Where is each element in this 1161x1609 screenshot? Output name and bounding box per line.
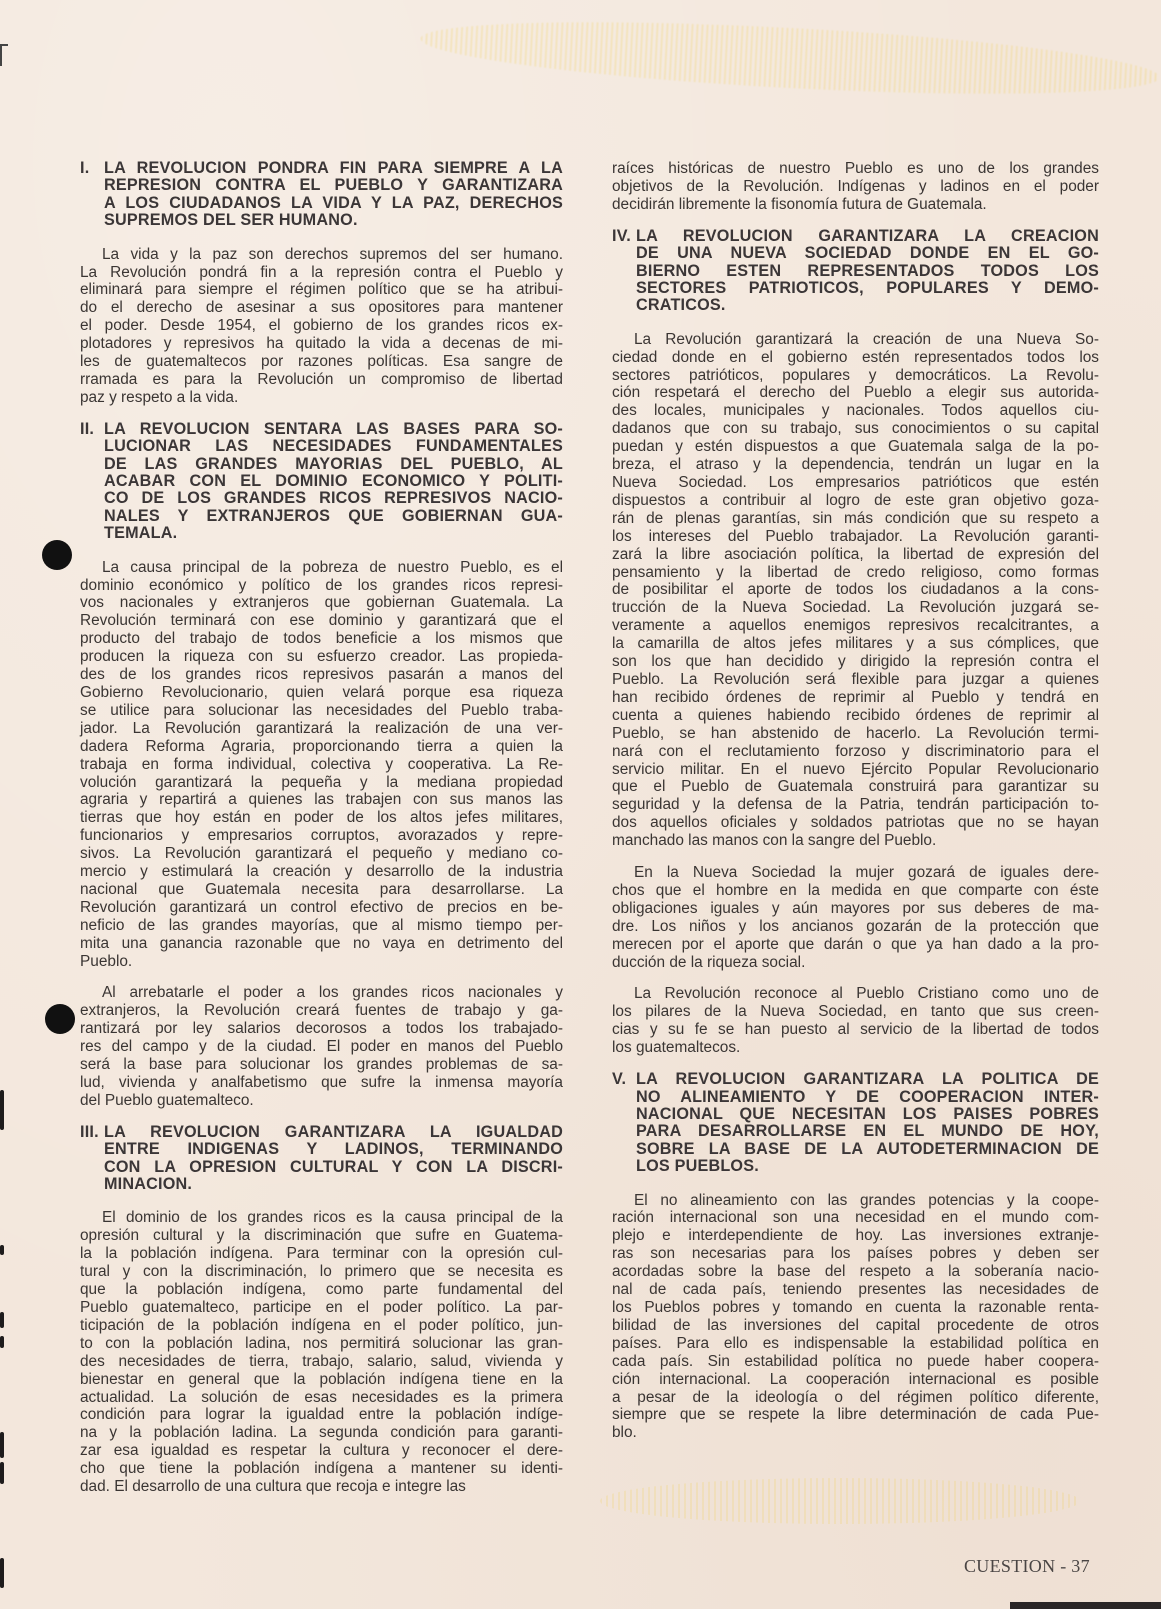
paragraph-line: siempre que se respete la libre determin…	[612, 1406, 1099, 1424]
paragraph-line: Pueblo guatemalteco, participe en el pod…	[80, 1299, 563, 1317]
paragraph-line: que el Pueblo de Guatemala construirá pa…	[612, 778, 1099, 796]
paragraph-line: dad. El desarrollo de una cultura que re…	[80, 1478, 563, 1496]
scan-edge-bar	[1010, 1602, 1161, 1609]
heading-line: NO ALINEAMIENTO Y DE COOPERACION INTER-	[636, 1089, 1099, 1106]
paragraph-line: dadera Reforma Agraria, proporcionando t…	[80, 738, 563, 756]
section-number: II.	[80, 421, 104, 543]
paragraph-line: paz y respeto a la vida.	[80, 389, 563, 407]
heading-line: CRATICOS.	[636, 297, 1099, 314]
body-paragraph: Al arrebatarle el poder a los grandes ri…	[80, 984, 563, 1109]
paragraph-line: veramente a aquellos enemigos represivos…	[612, 617, 1099, 635]
heading-line: REPRESION CONTRA EL PUEBLO Y GARANTIZARA	[104, 177, 563, 194]
paragraph-line: del Pueblo guatemalteco.	[80, 1092, 563, 1110]
punch-hole-lower	[45, 1004, 75, 1034]
paragraph-line: zará la libre asociación política, la li…	[612, 546, 1099, 564]
paragraph-line: dominio económico y político de los gran…	[80, 577, 563, 595]
paragraph-line: La causa principal de la pobreza de nues…	[80, 559, 563, 577]
heading-line: LA REVOLUCION PONDRA FIN PARA SIEMPRE A …	[104, 160, 563, 177]
section-number: III.	[80, 1124, 104, 1194]
paragraph-line: seguridad y la defensa de la Patria, ten…	[612, 796, 1099, 814]
body-paragraph: La Revolución garantizará la creación de…	[612, 331, 1099, 850]
section-heading-text: LA REVOLUCION GARANTIZARA LA IGUALDADENT…	[104, 1124, 563, 1194]
paragraph-line: condición para lograr la igualdad entre …	[80, 1406, 563, 1424]
paragraph-line: dadanos que con su trabajo, sus conocimi…	[612, 420, 1099, 438]
yellow-stain-top	[419, 9, 1161, 108]
body-paragraph: El no alineamiento con las grandes poten…	[612, 1192, 1099, 1443]
heading-line: SECTORES PATRIOTICOS, POPULARES Y DEMO-	[636, 280, 1099, 297]
paragraph-line: los pilares de la Nueva Sociedad, en tan…	[612, 1003, 1099, 1021]
heading-line: NALES Y EXTRANJEROS QUE GOBIERNAN GUA-	[104, 508, 563, 525]
paragraph-line: rramada es para la Revolución un comprom…	[80, 371, 563, 389]
paragraph-line: funcionarios y empresarios corruptos, av…	[80, 827, 563, 845]
paragraph-line: des de los grandes ricos represivos pasa…	[80, 666, 563, 684]
paragraph-line: que la población indígena, como parte fu…	[80, 1281, 563, 1299]
heading-line: BIERNO ESTEN REPRESENTADOS TODOS LOS	[636, 263, 1099, 280]
paragraph-line: los guatemaltecos.	[612, 1039, 1099, 1057]
paragraph-line: son los que han decidido y dirigido la r…	[612, 653, 1099, 671]
heading-line: LUCIONAR LAS NECESIDADES FUNDAMENTALES	[104, 438, 563, 455]
binding-edge-mark	[0, 1245, 4, 1255]
section-number: I.	[80, 160, 104, 230]
paragraph-line: Revolución terminará con ese dominio y g…	[80, 612, 563, 630]
paragraph-line: merecen por el aporte que darán o que ya…	[612, 936, 1099, 954]
paragraph-line: dispuestos a contribuir al logro de este…	[612, 492, 1099, 510]
paragraph-line: pensamiento y la libertad de credo relig…	[612, 564, 1099, 582]
binding-edge-mark	[0, 1462, 4, 1484]
paragraph-line: los Pueblos pobres y tomando en cuenta l…	[612, 1299, 1099, 1317]
paragraph-line: de posibilitar el aporte de todos los ci…	[612, 581, 1099, 599]
paragraph-line: volución garantizará la pequeña y la med…	[80, 774, 563, 792]
section-heading: V.LA REVOLUCION GARANTIZARA LA POLITICA …	[612, 1071, 1099, 1175]
paragraph-line: países. Para ello es indispensable la es…	[612, 1335, 1099, 1353]
heading-line: LA REVOLUCION GARANTIZARA LA IGUALDAD	[104, 1124, 563, 1141]
paragraph-line: des locales, municipales y nacionales. T…	[612, 402, 1099, 420]
heading-line: LA REVOLUCION SENTARA LAS BASES PARA SO-	[104, 421, 563, 438]
paragraph-line: bilidad de las inversiones del capital p…	[612, 1317, 1099, 1335]
paragraph-line: ras son necesarias para los países pobre…	[612, 1245, 1099, 1263]
heading-line: ENTRE INDIGENAS Y LADINOS, TERMINANDO	[104, 1141, 563, 1158]
paragraph-line: blo.	[612, 1424, 1099, 1442]
paragraph-line: Pueblo, se han abstenido de hacerlo. La …	[612, 725, 1099, 743]
section-heading: III.LA REVOLUCION GARANTIZARA LA IGUALDA…	[80, 1124, 563, 1194]
paragraph-line: bienestar en general que la población in…	[80, 1371, 563, 1389]
paragraph-line: to con la población ladina, nos permitir…	[80, 1335, 563, 1353]
paragraph-line: cias y su fe se han puesto al servicio d…	[612, 1021, 1099, 1039]
paragraph-line: do el derecho de asesinar a sus opositor…	[80, 299, 563, 317]
heading-line: DE LAS GRANDES MAYORIAS DEL PUEBLO, AL	[104, 456, 563, 473]
paragraph-line: producto del trabajo de todos beneficie …	[80, 630, 563, 648]
paragraph-line: se utilice para solucionar las necesidad…	[80, 702, 563, 720]
punch-hole-upper	[42, 540, 72, 570]
heading-line: A LOS CIUDADANOS LA VIDA Y LA PAZ, DEREC…	[104, 195, 563, 212]
paragraph-line: ducción de la riqueza social.	[612, 954, 1099, 972]
heading-line: SOBRE LA BASE DE LA AUTODETERMINACION DE	[636, 1141, 1099, 1158]
section-heading: II.LA REVOLUCION SENTARA LAS BASES PARA …	[80, 421, 563, 543]
paragraph-line: cada país. Sin estabilidad política no p…	[612, 1353, 1099, 1371]
paragraph-line: El dominio de los grandes ricos es la ca…	[80, 1209, 563, 1227]
paragraph-line: nará con el reclutamiento forzoso y disc…	[612, 743, 1099, 761]
section-heading-text: LA REVOLUCION SENTARA LAS BASES PARA SO-…	[104, 421, 563, 543]
paragraph-line: la la población indígena. Para terminar …	[80, 1245, 563, 1263]
paragraph-line: eliminará para siempre el régimen políti…	[80, 281, 563, 299]
heading-line: NACIONAL QUE NECESITAN LOS PAISES POBRES	[636, 1106, 1099, 1123]
heading-line: TEMALA.	[104, 525, 563, 542]
section-number: IV.	[612, 228, 636, 315]
paragraph-line: jador. La Revolución garantizará la real…	[80, 720, 563, 738]
paragraph-line: a pesar de la ideología o del régimen po…	[612, 1389, 1099, 1407]
heading-line: DE UNA NUEVA SOCIEDAD DONDE EN EL GO-	[636, 245, 1099, 262]
paragraph-line: dos aquellos oficiales y soldados patrio…	[612, 814, 1099, 832]
paragraph-line: manchado las manos con la sangre del Pue…	[612, 832, 1099, 850]
paragraph-line: Al arrebatarle el poder a los grandes ri…	[80, 984, 563, 1002]
paragraph-line: han recibido órdenes de reprimir al Pueb…	[612, 689, 1099, 707]
page-footer: CUESTION - 37	[964, 1556, 1090, 1577]
body-paragraph: La Revolución reconoce al Pueblo Cristia…	[612, 985, 1099, 1057]
paragraph-line: puedan y estén dispuestos a que Guatemal…	[612, 438, 1099, 456]
paragraph-line: objetivos de la Revolución. Indígenas y …	[612, 178, 1099, 196]
paragraph-line: los intereses del Pueblo trabajador. La …	[612, 528, 1099, 546]
paragraph-line: vos nacionales y extranjeros que gobiern…	[80, 594, 563, 612]
paragraph-line: opresión cultural y la discriminación qu…	[80, 1227, 563, 1245]
paragraph-line: raíces históricas de nuestro Pueblo es u…	[612, 160, 1099, 178]
paragraph-line: Nueva Sociedad. Los empresarios patrióti…	[612, 474, 1099, 492]
paragraph-line: zar esa igualdad es respetar la cultura …	[80, 1442, 563, 1460]
paragraph-line: Pueblo. La Revolución será flexible para…	[612, 671, 1099, 689]
heading-line: ACABAR CON EL DOMINIO ECONOMICO Y POLITI…	[104, 473, 563, 490]
body-paragraph: La vida y la paz son derechos supremos d…	[80, 246, 563, 407]
paragraph-line: el poder. Desde 1954, el gobierno de los…	[80, 317, 563, 335]
paragraph-line: ción internacional. La cooperación inter…	[612, 1371, 1099, 1389]
section-heading-text: LA REVOLUCION PONDRA FIN PARA SIEMPRE A …	[104, 160, 563, 230]
paragraph-line: ración internacional son una necesidad e…	[612, 1209, 1099, 1227]
section-heading-text: LA REVOLUCION GARANTIZARA LA CREACIONDE …	[636, 228, 1099, 315]
paragraph-line: cho que tiene la población indígena a ma…	[80, 1460, 563, 1478]
paragraph-line: Revolución garantizará un control efecti…	[80, 899, 563, 917]
paragraph-line: rán de plenas garantías, sin más condici…	[612, 510, 1099, 528]
paragraph-line: tural y con la discriminación, lo primer…	[80, 1263, 563, 1281]
paragraph-line: ción respetará el derecho del Pueblo a e…	[612, 384, 1099, 402]
heading-line: MINACION.	[104, 1176, 563, 1193]
paragraph-line: ciedad donde en el gobierno estén repres…	[612, 349, 1099, 367]
paragraph-line: nacional que Guatemala necesita para des…	[80, 881, 563, 899]
paragraph-line: servicio militar. En el nuevo Ejército P…	[612, 761, 1099, 779]
heading-line: LOS PUEBLOS.	[636, 1158, 1099, 1175]
binding-edge-mark	[0, 1312, 4, 1328]
section-heading-text: LA REVOLUCION GARANTIZARA LA POLITICA DE…	[636, 1071, 1099, 1175]
paragraph-line: chos que el hombre en la medida en que c…	[612, 882, 1099, 900]
paragraph-line: lud, vivienda y analfabetismo que sufre …	[80, 1074, 563, 1092]
right-column: raíces históricas de nuestro Pueblo es u…	[612, 160, 1099, 1456]
binding-edge-mark	[0, 1336, 4, 1348]
left-column: I.LA REVOLUCION PONDRA FIN PARA SIEMPRE …	[80, 160, 563, 1510]
paragraph-line: En la Nueva Sociedad la mujer gozará de …	[612, 864, 1099, 882]
heading-line: CO DE LOS GRANDES RICOS REPRESIVOS NACIO…	[104, 490, 563, 507]
yellow-stain-bottom	[600, 1478, 1080, 1524]
body-paragraph: El dominio de los grandes ricos es la ca…	[80, 1209, 563, 1496]
paragraph-line: La vida y la paz son derechos supremos d…	[80, 246, 563, 264]
paragraph-line: Pueblo.	[80, 953, 563, 971]
paragraph-line: nal de cada país, teniendo presentes las…	[612, 1281, 1099, 1299]
paragraph-line: producen la riqueza con su esfuerzo crea…	[80, 648, 563, 666]
binding-edge-mark	[0, 1090, 4, 1130]
section-heading: I.LA REVOLUCION PONDRA FIN PARA SIEMPRE …	[80, 160, 563, 230]
paragraph-line: trabaja en forma individual, colectiva y…	[80, 756, 563, 774]
paragraph-line: La Revolución pondrá fin a la represión …	[80, 264, 563, 282]
paragraph-line: La Revolución garantizará la creación de…	[612, 331, 1099, 349]
paragraph-line: plotadores y represivos ha quitado la vi…	[80, 335, 563, 353]
paragraph-line: decidirán libremente la fisonomía futura…	[612, 196, 1099, 214]
heading-line: CON LA OPRESION CULTURAL Y CON LA DISCRI…	[104, 1159, 563, 1176]
paragraph-line: sivos. La Revolución garantizará el pequ…	[80, 845, 563, 863]
body-paragraph: En la Nueva Sociedad la mujer gozará de …	[612, 864, 1099, 971]
paragraph-line: la camarilla de altos jefes militares y …	[612, 635, 1099, 653]
paragraph-line: Gobierno Revolucionario, quien velará po…	[80, 684, 563, 702]
heading-line: LA REVOLUCION GARANTIZARA LA CREACION	[636, 228, 1099, 245]
section-number: V.	[612, 1071, 636, 1175]
paragraph-line: na y la población ladina. La segunda con…	[80, 1424, 563, 1442]
heading-line: LA REVOLUCION GARANTIZARA LA POLITICA DE	[636, 1071, 1099, 1088]
paragraph-line: actualidad. La solución de esas necesida…	[80, 1389, 563, 1407]
paragraph-line: neficio de las grandes mayorías, que al …	[80, 917, 563, 935]
paragraph-line: rantizará por ley salarios decorosos a t…	[80, 1020, 563, 1038]
paragraph-line: plejo e interdependiente de hoy. Las inv…	[612, 1227, 1099, 1245]
paragraph-line: La Revolución reconoce al Pueblo Cristia…	[612, 985, 1099, 1003]
binding-edge-mark	[0, 1558, 4, 1588]
paragraph-line: sectores patrióticos, populares y democr…	[612, 367, 1099, 385]
section-heading: IV.LA REVOLUCION GARANTIZARA LA CREACION…	[612, 228, 1099, 315]
paragraph-line: agraria y repartirá a quienes las trabaj…	[80, 791, 563, 809]
crop-corner-mark	[0, 44, 8, 66]
paragraph-line: breza, el atraso y la dependencia, tendr…	[612, 456, 1099, 474]
paragraph-line: obligaciones iguales y aún mayores por s…	[612, 900, 1099, 918]
heading-line: SUPREMOS DEL SER HUMANO.	[104, 212, 563, 229]
body-paragraph: raíces históricas de nuestro Pueblo es u…	[612, 160, 1099, 214]
paragraph-line: extranjeros, la Revolución creará fuente…	[80, 1002, 563, 1020]
heading-line: PARA DESARROLLARSE EN EL MUNDO DE HOY,	[636, 1123, 1099, 1140]
paragraph-line: dre. Los niños y los ancianos gozarán de…	[612, 918, 1099, 936]
paragraph-line: trucción de la Nueva Sociedad. La Revolu…	[612, 599, 1099, 617]
paragraph-line: tierras que hoy están en poder de los al…	[80, 809, 563, 827]
paragraph-line: será la base para solucionar los grandes…	[80, 1056, 563, 1074]
paragraph-line: El no alineamiento con las grandes poten…	[612, 1192, 1099, 1210]
paragraph-line: les de guatemaltecos por razones polític…	[80, 353, 563, 371]
paragraph-line: des necesidades de tierra, trabajo, sala…	[80, 1353, 563, 1371]
binding-edge-mark	[0, 1432, 4, 1458]
paragraph-line: res del campo y de la ciudad. El poder e…	[80, 1038, 563, 1056]
body-paragraph: La causa principal de la pobreza de nues…	[80, 559, 563, 971]
paragraph-line: mita una ganancia razonable que no vaya …	[80, 935, 563, 953]
paragraph-line: cuenta a quienes habiendo recibido órden…	[612, 707, 1099, 725]
paragraph-line: acordadas sobre la base del respeto a la…	[612, 1263, 1099, 1281]
paragraph-line: ticipación de la población indígena en e…	[80, 1317, 563, 1335]
paragraph-line: mercio y estimulará la creación y desarr…	[80, 863, 563, 881]
